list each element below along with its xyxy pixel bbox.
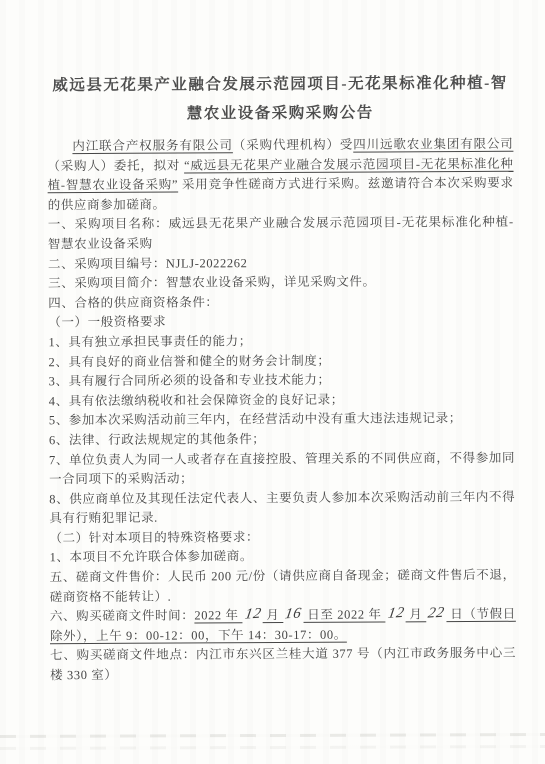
item-requirement-8: 8、供应商单位及其现任法定代表人、主要负责人参加本次采购活动前三年内不得具有行贿… <box>49 487 515 529</box>
scan-artifact <box>0 733 545 738</box>
time-text-3: 日至 2022 年 <box>303 608 385 622</box>
item-requirement-3: 3、具有履行合同所必须的设备和专业技术能力； <box>49 370 515 392</box>
handwritten-month-1: 12 <box>241 607 264 623</box>
item-special-requirements-heading: （二）针对本项目的特殊资格要求： <box>49 527 515 549</box>
time-text-4: 月 <box>406 607 427 621</box>
item-document-price: 五、磋商文件售价：人民币 200 元/份（请供应商自备现金；磋商文件售后不退，磋… <box>50 566 516 608</box>
item-project-name: 一、采购项目名称：威远县无花果产业融合发展示范园项目-无花果标准化种植-智慧农业… <box>48 213 514 255</box>
intro-paragraph: 内江联合产权服务有限公司（采购代理机构）受四川远歌农业集团有限公司（采购人）委托… <box>47 135 513 216</box>
handwritten-day-1: 16 <box>282 607 305 623</box>
handwritten-day-2: 22 <box>425 606 448 622</box>
purchase-time-label: 六、购买磋商文件时间： <box>50 609 195 624</box>
intro-text-2: （采购人）委托，拟对 <box>47 158 184 173</box>
agency-name: 内江联合产权服务有限公司 <box>72 138 233 153</box>
item-qualification-heading: 四、合格的供应商资格条件： <box>48 292 514 314</box>
item-requirement-7: 7、单位负责人为同一人或者存在直接控股、管理关系的不同供应商，不得参加同一合同项… <box>49 448 515 490</box>
item-purchase-time: 六、购买磋商文件时间：2022 年 12 月 16 日至 2022 年 12 月… <box>50 605 516 647</box>
scanned-document-page: 威远县无花果产业融合发展示范园项目-无花果标准化种植-智慧农业设备采购采购公告 … <box>0 0 545 764</box>
item-requirement-4: 4、具有依法缴纳税收和社会保障资金的良好记录； <box>49 389 515 411</box>
item-requirement-5: 5、参加本次采购活动前三年内，在经营活动中没有重大违法违规记录； <box>49 409 515 431</box>
item-special-requirement-1: 1、本项目不允许联合体参加磋商。 <box>50 546 516 568</box>
time-text-1: 2022 年 <box>194 608 242 622</box>
time-text-2: 月 <box>263 608 284 622</box>
item-requirement-1: 1、具有独立承担民事责任的能力； <box>48 331 514 353</box>
item-requirement-2: 2、具有良好的商业信誉和健全的财务会计制度； <box>48 350 514 372</box>
item-purchase-location: 七、购买磋商文件地点：内江市东兴区兰桂大道 377 号（内江市政务服务中心三楼 … <box>50 644 516 686</box>
scan-artifact <box>0 745 545 750</box>
intro-text-1: （采购代理机构）受 <box>233 138 353 153</box>
document-content: 威远县无花果产业融合发展示范园项目-无花果标准化种植-智慧农业设备采购采购公告 … <box>47 69 516 686</box>
item-project-number: 二、采购项目编号：NJLJ-2022262 <box>48 252 514 274</box>
item-requirement-6: 6、法律、行政法规规定的其他条件； <box>49 429 515 451</box>
buyer-name: 四川远歌农业集团有限公司 <box>353 137 513 152</box>
handwritten-month-2: 12 <box>384 606 407 622</box>
item-project-summary: 三、采购项目简介：智慧农业设备采购，详见采购文件。 <box>48 272 514 294</box>
item-general-requirements-heading: （一）一般资格要求 <box>48 311 514 333</box>
document-title: 威远县无花果产业融合发展示范园项目-无花果标准化种植-智慧农业设备采购采购公告 <box>47 69 513 129</box>
